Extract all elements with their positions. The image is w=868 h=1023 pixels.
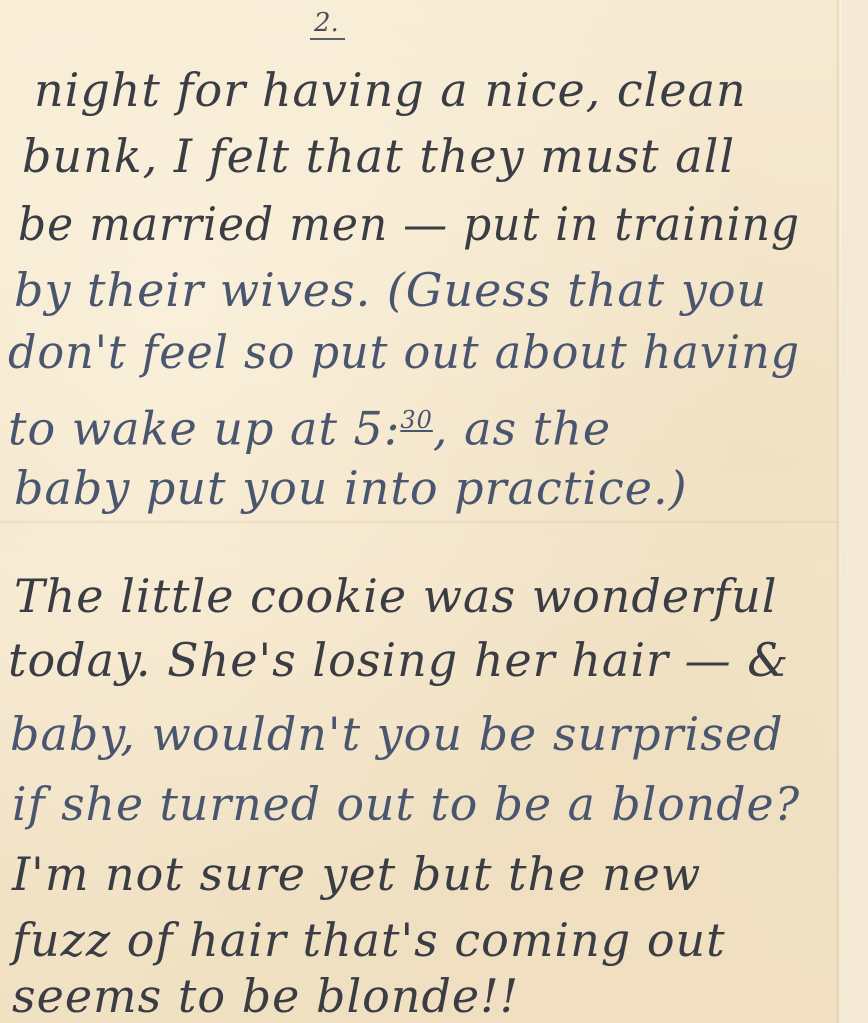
letter-page: 2. night for having a nice, clean bunk, …	[0, 0, 868, 1023]
letter-line-4: by their wives. (Guess that you	[14, 262, 767, 318]
letter-line-1: night for having a nice, clean	[34, 62, 747, 118]
letter-line-13: fuzz of hair that's coming out	[12, 912, 726, 968]
letter-line-6-text: to wake up at 5:	[8, 401, 400, 455]
letter-line-3: be married men — put in training	[18, 196, 800, 252]
letter-line-11: if she turned out to be a blonde?	[12, 776, 800, 832]
paper-fold-horizontal	[0, 520, 868, 524]
letter-line-14: seems to be blonde!!	[12, 968, 519, 1023]
letter-line-6: to wake up at 5:30, as the	[8, 392, 611, 456]
letter-line-8: The little cookie was wonderful	[14, 568, 777, 624]
paper-right-margin	[842, 0, 868, 1023]
letter-line-2: bunk, I felt that they must all	[22, 128, 735, 184]
letter-line-9: today. She's losing her hair — &	[8, 632, 789, 688]
page-number: 2.	[310, 8, 345, 40]
letter-line-12: I'm not sure yet but the new	[12, 846, 701, 902]
letter-line-7: baby put you into practice.)	[14, 460, 688, 516]
time-superscript: 30	[400, 406, 433, 434]
letter-line-10: baby, wouldn't you be surprised	[10, 706, 784, 762]
letter-line-6-tail: , as the	[433, 401, 611, 455]
letter-line-5: don't feel so put out about having	[8, 324, 800, 380]
